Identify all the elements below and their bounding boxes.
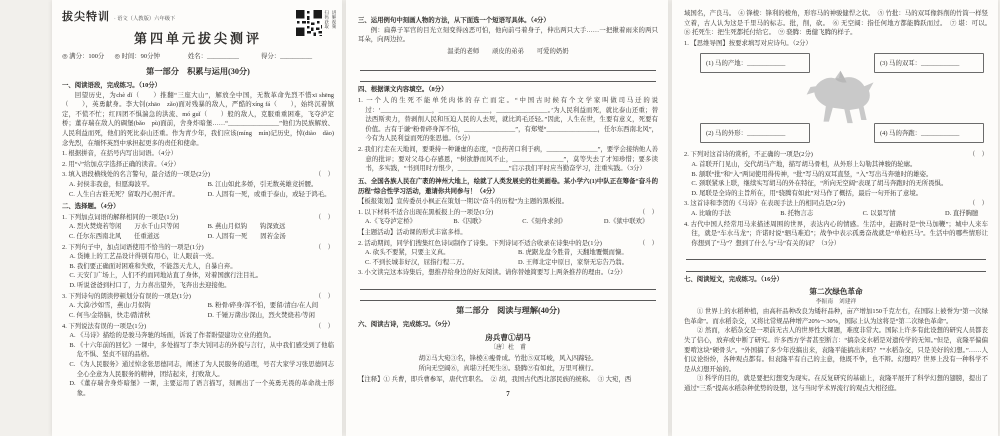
paragraph: ③ 科学的目的，就是要把幻想变为现实。在反复研究的基础上，袁隆平展开了科学幻想的… bbox=[684, 374, 988, 393]
option-item: A. 烈火焚烧若等闲 万水千山只等闲 bbox=[69, 222, 202, 232]
options-list: A. 《马诗》描绘的是骏马奔驰的场面，诉说了作者盼望建功立业的抱负。B. 《十六… bbox=[62, 331, 334, 398]
part-heading: 第二部分 阅读与理解(40分) bbox=[358, 305, 658, 317]
qr-code-icon bbox=[296, 10, 322, 40]
question-stem: 【板报策划】宣传委员小枫正在策划一期以“奋斗的历程”为主题的黑板报。 bbox=[358, 197, 658, 207]
option-item: A. 首联开门见山，交代胡马产地，描写胡马骨相，从外形上勾勒其神骏的轮廓。 bbox=[684, 160, 988, 170]
question-row: 2. 活动期间，同学们搜集红色诗词制作了诗集。下列诗词不适合收录在诗集中的是(1… bbox=[358, 239, 658, 249]
passage-author: 〔唐〕杜 甫 bbox=[358, 344, 658, 353]
option-item: D. 人固有一死 固若金汤 bbox=[208, 232, 334, 242]
option-item: C. 任尔东西南北风 任重道远 bbox=[69, 232, 202, 242]
qr-caption: 讲解视频 bbox=[332, 10, 337, 40]
option-item: D. 尾联是全诗的主旨所在，用“骁腾有如此”对马作了概括，最后一句开拓了意境。 bbox=[684, 189, 988, 199]
question-stem: 【注释】① 兵曹，即兵曹参军，唐代官职名。 ② 胡，我国古代西北部民族的统称。 … bbox=[358, 375, 658, 385]
option-item: A. 封侯非我意，但愿海波平。 bbox=[69, 180, 202, 190]
options-grid: A. 大漠/沙如雪，燕山/月似钩B. 粉骨/碎身/浑不怕，要留/清白/在人间C.… bbox=[62, 301, 334, 320]
passage-title: 第二次绿色革命 bbox=[684, 286, 988, 297]
meta-item: ◎ 满分：100分 bbox=[62, 52, 104, 62]
answer-bracket: （ ） bbox=[315, 322, 334, 332]
answer-bracket: （ ） bbox=[969, 199, 988, 209]
option-item: D. 千锤万凿出/深山，烈火焚烧若/等闲 bbox=[208, 311, 334, 321]
option-item: B. 我们要正确面对困难和失败，不能怨天尤人，自暴自弃。 bbox=[62, 262, 334, 272]
answer-line bbox=[360, 59, 656, 71]
qr-caption: 扫码获取 bbox=[324, 10, 329, 40]
question-row: 【注释】① 兵曹，即兵曹参军，唐代官职名。 ② 胡，我国古代西北部民族的统称。 … bbox=[358, 375, 658, 385]
question-stem: 3. 小文读完这本诗集后，想推荐给身边的好友阅读。请你替她简要写上两条推荐的理由… bbox=[358, 268, 658, 278]
options-row: A. 比喻的手法B. 托物言志C. 以景写情D. 直抒胸臆 bbox=[684, 209, 988, 219]
option-item: D. 王师北定中原日，家祭无忘告乃翁。 bbox=[518, 258, 658, 268]
question-stem: 【主题活动】活动课的形式丰富多样。 bbox=[358, 228, 658, 238]
answer-bracket: （ ） bbox=[315, 170, 334, 180]
option-item: D. 人固有一死，或重于泰山，或轻于鸿毛。 bbox=[208, 190, 334, 200]
question-stem: 2. 活动期间，同学们搜集红色诗词制作了诗集。下列诗词不适合收录在诗集中的是(1… bbox=[358, 239, 633, 249]
section-heading: 二、选择题。（4分） bbox=[62, 202, 334, 212]
paragraph: ① 世界上的水稻种植，由高秆品种改良为矮秆品种，亩产增加150千克左右，在国际上… bbox=[684, 307, 988, 326]
question-row: 【板报策划】宣传委员小枫正在策划一期以“奋斗的历程”为主题的黑板报。 bbox=[358, 197, 658, 207]
question-row: 3. 这首诗和李贺的《马诗》在表现手法上的相同点是(2分)（ ） bbox=[684, 199, 988, 209]
page-right: 域国名，产良马。 ④ 锋棱：锋利的棱角，形容马的神骏健悍之状。 ⑤ 竹批：马的双… bbox=[672, 0, 998, 436]
option-item: B. 虎踞龙盘今胜昔，天翻地覆慨而慷。 bbox=[518, 248, 658, 258]
answer-bracket: （ ） bbox=[969, 150, 988, 160]
answer-line bbox=[686, 260, 986, 272]
option-item: B. 托物言志 bbox=[780, 209, 813, 219]
question-stem: 2. 下列句子中，加点词语使用不恰当的一项是(1分) bbox=[62, 243, 309, 253]
option-item: C. 不到长城非好汉，屈指行程二万。 bbox=[365, 258, 512, 268]
answer-bracket: （ ） bbox=[639, 208, 658, 218]
option-item: C. 何当/金络脑，快走/踏清秋 bbox=[69, 311, 202, 321]
qr-block: 扫码获取 讲解视频 bbox=[296, 10, 337, 40]
answer-lines bbox=[358, 59, 658, 82]
paragraph: 例：扁鼻子军官的目光立刻变得凶恶可怕，他向前弓着身子，伸出两只大手……一把揪着雨… bbox=[358, 26, 658, 45]
option-item: C. 《为人民服务》通过悼念张思德同志，阐述了为人民服务的道理，号召大家学习张思… bbox=[62, 360, 334, 379]
option-item: C. 天安门广场上，人们不约而同地站直了身体，对着国旗行注目礼。 bbox=[62, 271, 334, 281]
option-item: B. 江山如此多娇，引无数英雄竞折腰。 bbox=[208, 180, 334, 190]
option-item: C. 人生自古谁无死？留取丹心照汗青。 bbox=[69, 190, 202, 200]
option-item: C. 颈联紧承上联，继续实写胡马的外在特征，“所向无空阔”表现了胡马奔跑时的无所… bbox=[684, 179, 988, 189]
options-list: A. 货摊上的工艺品设计得别有用心，让人眼前一亮。B. 我们要正确面对困难和失败… bbox=[62, 252, 334, 290]
question-row: 2. 下列对这首诗的赏析，不正确的一项是(2分)（ ） bbox=[684, 150, 988, 160]
answer-bracket: （ ） bbox=[639, 239, 658, 249]
question-stem: 1. 一个人的生死不能单凭肉体的存亡而定。“中国古时候有个文学家叫做司马迁的说过… bbox=[358, 96, 658, 144]
question-row: 【主题活动】活动课的形式丰富多样。 bbox=[358, 228, 658, 238]
mindmap-box: (4) 马的奔跑：____________ bbox=[874, 123, 984, 143]
center-text: 所向无空阔⑥，真堪⑦托死生⑧。骁腾⑨有如此，万里可横行。 bbox=[358, 364, 658, 374]
passage-title: 房兵曹①胡马 bbox=[358, 332, 658, 343]
option-item: A. 砍头不要紧，只要主义真。 bbox=[365, 248, 512, 258]
options-grid: A. 封侯非我意，但愿海波平。B. 江山如此多娇，引无数英雄竞折腰。C. 人生自… bbox=[62, 180, 334, 199]
question-stem: 3. 下列诗句的朗读停顿划分有误的一项是(1分) bbox=[62, 292, 309, 302]
option-item: D.《狱中联欢》 bbox=[604, 217, 649, 227]
page-middle: 三、运用例句中刻画人物的方法，从下面选一个短语写具体。（4分）例：扁鼻子军官的目… bbox=[346, 0, 668, 436]
answer-line bbox=[360, 290, 656, 302]
options-grid: A. 烈火焚烧若等闲 万水千山只等闲B. 燕山月似钩 钩深致远C. 任尔东西南北… bbox=[62, 222, 334, 241]
question-stem: 2. 下列对这首诗的赏析，不正确的一项是(2分) bbox=[684, 150, 963, 160]
page-left: 扫码获取 讲解视频 拔尖特训· 语文（人教版）六年级下第四单元拔尖测评◎ 满分：… bbox=[52, 0, 342, 436]
section-heading: 一、阅读语段，完成练习。（10分） bbox=[62, 81, 334, 91]
question-row: 1. 根据拼音，在括号内写出词语。（4分） bbox=[62, 149, 334, 159]
question-row: 2. 我们行走在天地间，要秉持一种谦虚的态度，“良药苦口利于病，________… bbox=[358, 145, 658, 174]
option-item: A. 大漠/沙如雪，燕山/月似钩 bbox=[69, 301, 202, 311]
brand-subtitle: · 语文（人教版）六年级下 bbox=[114, 16, 175, 24]
answer-line bbox=[686, 249, 986, 261]
question-stem: 2. 用“√”给加点字选择正确的读音。（4分） bbox=[62, 160, 334, 170]
options-row: A.《飞夺泸定桥》B.《囚歌》C.《刻舟求剑》D.《狱中联欢》 bbox=[358, 217, 658, 227]
exam-paper-scan: 扫码获取 讲解视频 拔尖特训· 语文（人教版）六年级下第四单元拔尖测评◎ 满分：… bbox=[0, 0, 1000, 436]
question-row: 1. 以下材料不适合出现在黑板报上的一项是(1分)（ ） bbox=[358, 208, 658, 218]
section-heading: 五、全国各族人民在广袤的神州大地上，绘就了人类发展史的壮美画卷。某小学六(1)中… bbox=[358, 177, 658, 196]
option-item: C.《刻舟求剑》 bbox=[522, 217, 566, 227]
option-item: D. 《董存瑞舍身炸暗堡》一课，主要运用了语言描写，刻画出了一个英勇无畏的革命战… bbox=[62, 379, 334, 398]
question-row: 3. 小文读完这本诗集后，想推荐给身边的好友阅读。请你替她简要写上两条推荐的理由… bbox=[358, 268, 658, 278]
meta-item: 得分：__________ bbox=[261, 52, 312, 62]
question-stem: 3. 这首诗和李贺的《马诗》在表现手法上的相同点是(2分) bbox=[684, 199, 963, 209]
option-item: B.《囚歌》 bbox=[453, 217, 484, 227]
answer-line bbox=[360, 71, 656, 83]
mindmap-box: (2) 马的外形：____________ bbox=[700, 123, 810, 143]
question-row: 1. 【思维导图】按要求填写对应诗句。（2分） bbox=[684, 39, 988, 49]
question-row: 2. 下列句子中，加点词语使用不恰当的一项是(1分)（ ） bbox=[62, 243, 334, 253]
option-item: D. 直抒胸臆 bbox=[945, 209, 978, 219]
brand-header: 拔尖特训· 语文（人教版）六年级下 bbox=[62, 9, 334, 26]
center-text: 温柔的老师 顽皮的弟弟 可爱的奶奶 bbox=[358, 47, 658, 57]
question-stem: 4. 下列说法有误的一项是(1分) bbox=[62, 322, 309, 332]
meta-item: ◎ 时间：90分钟 bbox=[114, 52, 160, 62]
mindmap-box: (1) 马的产地：____________ bbox=[700, 53, 810, 73]
passage-author: 李振南 刘建祥 bbox=[684, 298, 988, 307]
option-item: B. 《十六年前的回忆》一课中，多处描写了李大钊同志的外貌与言行，从中我们感受到… bbox=[62, 341, 334, 360]
answer-bracket: （ ） bbox=[315, 243, 334, 253]
option-item: A. 比喻的手法 bbox=[691, 209, 731, 219]
paragraph-continued: 域国名，产良马。 ④ 锋棱：锋利的棱角，形容马的神骏健悍之状。 ⑤ 竹批：马的双… bbox=[684, 9, 988, 38]
brand-logo: 拔尖特训 bbox=[62, 9, 110, 26]
section-heading: 三、运用例句中刻画人物的方法，从下面选一个短语写具体。（4分） bbox=[358, 16, 658, 26]
paper-title: 第四单元拔尖测评 bbox=[62, 29, 334, 49]
option-item: B. 燕山月似钩 钩深致远 bbox=[208, 222, 334, 232]
answer-lines bbox=[684, 249, 988, 272]
answer-bracket: （ ） bbox=[315, 213, 334, 223]
option-item: D. 听说爸爸到村口了，力力喜出望外，飞奔出去迎接他。 bbox=[62, 281, 334, 291]
horse-image bbox=[803, 67, 881, 131]
answer-line bbox=[360, 278, 656, 290]
question-row: 2. 用“√”给加点字选择正确的读音。（4分） bbox=[62, 160, 334, 170]
question-stem: 3. 填入语段横线处的名言警句，最合适的一项是(2分) bbox=[62, 170, 309, 180]
section-heading: 四、根据课文内容填空。（8分） bbox=[358, 85, 658, 95]
answer-lines bbox=[358, 278, 658, 301]
part-heading: 第一部分 积累与运用(30分) bbox=[62, 66, 334, 78]
question-stem: 4. 古代中国人经常用马来描述周围的世界，表达内心的情感。生活中，赶路时是“快马… bbox=[684, 220, 988, 249]
mindmap-box: (3) 马的双耳：____________ bbox=[874, 53, 984, 73]
question-row: 4. 下列说法有误的一项是(1分)（ ） bbox=[62, 322, 334, 332]
section-heading: 七、阅读短文，完成练习。（16分） bbox=[684, 275, 988, 285]
mindmap-diagram: (1) 马的产地：____________(3) 马的双耳：__________… bbox=[700, 53, 984, 143]
question-row: 3. 填入语段横线处的名言警句，最合适的一项是(2分)（ ） bbox=[62, 170, 334, 180]
question-row: 1. 一个人的生死不能单凭肉体的存亡而定。“中国古时候有个文学家叫做司马迁的说过… bbox=[358, 96, 658, 144]
question-stem: 1. 根据拼音，在括号内写出词语。（4分） bbox=[62, 149, 334, 159]
question-stem: 2. 我们行走在天地间，要秉持一种谦虚的态度，“良药苦口利于病，________… bbox=[358, 145, 658, 174]
center-text: 胡②马大宛③名，锋棱④瘦骨成。竹批⑤双耳峻，风入四蹄轻。 bbox=[358, 354, 658, 364]
question-stem: 1. 以下材料不适合出现在黑板报上的一项是(1分) bbox=[358, 208, 633, 218]
option-item: C. 以景写情 bbox=[863, 209, 896, 219]
options-list: A. 首联开门见山，交代胡马产地，描写胡马骨相，从外形上勾勒其神骏的轮廓。B. … bbox=[684, 160, 988, 198]
question-stem: 1. 【思维导图】按要求填写对应诗句。（2分） bbox=[684, 39, 988, 49]
meta-item: 姓名：__________ bbox=[188, 52, 239, 62]
question-row: 4. 古代中国人经常用马来描述周围的世界，表达内心的情感。生活中，赶路时是“快马… bbox=[684, 220, 988, 249]
question-row: 3. 下列诗句的朗读停顿划分有误的一项是(1分)（ ） bbox=[62, 292, 334, 302]
paper-meta: ◎ 满分：100分◎ 时间：90分钟姓名：__________得分：______… bbox=[62, 52, 334, 62]
option-item: B. 粉骨/碎身/浑不怕，要留/清白/在人间 bbox=[208, 301, 334, 311]
paragraph: ② 然而，水稻杂交是一项前无古人的世界性大课题，难度非常大。国际上许多有此设想的… bbox=[684, 326, 988, 374]
option-item: B. 颔联“批”和“入”两词使用得传神，“批”写马的双耳直竖，“入”写出马奔驰时… bbox=[684, 170, 988, 180]
question-row: 1. 下列加点词语的解释相同的一项是(1分)（ ） bbox=[62, 213, 334, 223]
question-stem: 1. 下列加点词语的解释相同的一项是(1分) bbox=[62, 213, 309, 223]
page-number: 7 bbox=[358, 389, 658, 400]
option-item: A.《飞夺泸定桥》 bbox=[365, 217, 416, 227]
section-heading: 六、阅读古诗，完成练习。（9分） bbox=[358, 320, 658, 330]
option-item: A. 货摊上的工艺品设计得别有用心，让人眼前一亮。 bbox=[62, 252, 334, 262]
options-grid: A. 砍头不要紧，只要主义真。B. 虎踞龙盘今胜昔，天翻地覆慨而慷。C. 不到长… bbox=[358, 248, 658, 267]
option-item: A. 《马诗》描绘的是骏马奔驰的场面，诉说了作者盼望建功立业的抱负。 bbox=[62, 331, 334, 341]
paragraph: 回望历史，为chè dǐ（ ）推翻“三座大山”，解放全中国，无数革命先烈不惜xī… bbox=[62, 91, 334, 149]
answer-bracket: （ ） bbox=[315, 292, 334, 302]
